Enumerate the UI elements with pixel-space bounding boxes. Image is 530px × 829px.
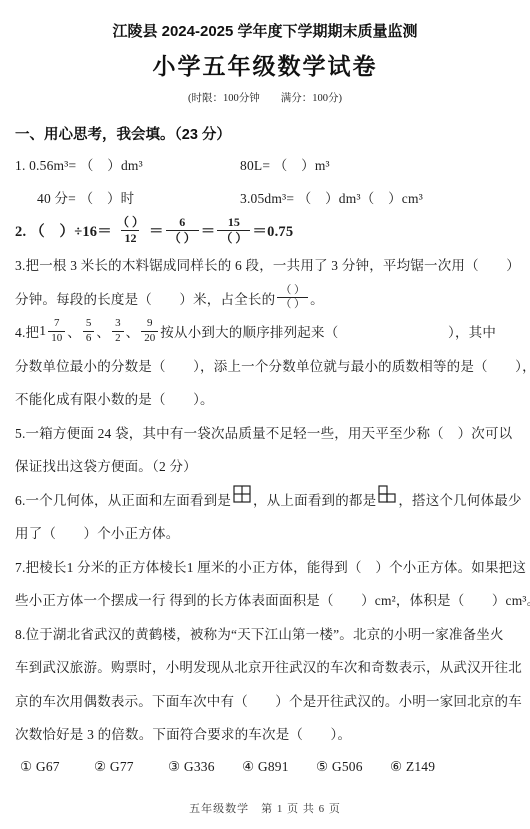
q4-fraction-1: 7 10 bbox=[48, 317, 65, 346]
question-7-line-1: 7.把棱长1 分米的正方体棱长1 厘米的小正方体，能得到（ ）个小正方体。如果把… bbox=[15, 549, 515, 583]
q4-mixed-whole: 1 bbox=[39, 323, 46, 339]
train-option-1: ① G67 bbox=[20, 759, 94, 775]
question-5-line-1: 5.一箱方便面 24 袋，其中有一袋次品质量不足轻一些，用天平至少称（ ）次可以 bbox=[15, 415, 515, 449]
question-7-line-2: 些小正方体一个摆成一行 得到的长方体表面面积是（ ）cm²，体积是（ ）cm³。 bbox=[15, 583, 515, 617]
exam-title: 江陵县 2024-2025 学年度下学期期末质量监测 bbox=[15, 20, 515, 41]
section-1-heading: 一、用心思考，我会填。（23 分） bbox=[15, 123, 515, 144]
q4-separator-3: 、 bbox=[126, 321, 140, 341]
q2-fraction-2: 6 （ ） bbox=[166, 215, 199, 246]
train-option-3: ③ G336 bbox=[168, 759, 242, 775]
question-1-row-1: 1. 0.56m³= （ ）dm³ 80L= （ ）m³ bbox=[15, 147, 515, 181]
paper-title: 小学五年级数学试卷 bbox=[15, 48, 515, 81]
q3-fraction: （ ） （ ） bbox=[277, 284, 308, 313]
question-2: 2. （ ）÷16＝ （ ） 12 ＝ 6 （ ） ＝ 15 （ ） ＝0.75 bbox=[15, 214, 515, 248]
train-option-6: ⑥ Z149 bbox=[390, 759, 464, 775]
q4-prefix: 4.把 bbox=[15, 321, 39, 341]
train-option-5: ⑤ G506 bbox=[316, 759, 390, 775]
q2-prefix: 2. （ ）÷16＝ bbox=[15, 220, 112, 241]
q6-text-1: 6.一个几何体，从正面和左面看到是 bbox=[15, 489, 231, 509]
question-8-line-4: 次数恰好是 3 的倍数。下面符合要求的车次是（ ）。 bbox=[15, 717, 515, 751]
q6-text-2: ，从上面看到的都是 bbox=[253, 489, 376, 509]
q4-separator-1: 、 bbox=[67, 321, 81, 341]
question-4-line-2: 分数单位最小的分数是（ ），添上一个分数单位就与最小的质数相等的是（ ）， bbox=[15, 348, 515, 382]
question-8-line-1: 8.位于湖北省武汉的黄鹤楼，被称为“天下江山第一楼”。北京的小明一家准备坐火 bbox=[15, 616, 515, 650]
q1-item-2: 80L= （ ）m³ bbox=[240, 154, 330, 174]
train-option-4: ④ G891 bbox=[242, 759, 316, 775]
exam-paper-page: 江陵县 2024-2025 学年度下学期期末质量监测 小学五年级数学试卷 (时限… bbox=[0, 0, 530, 829]
q1-item-1: 1. 0.56m³= （ ）dm³ bbox=[15, 154, 240, 174]
q4-suffix: 按从小到大的顺序排列起来（ ），其中 bbox=[160, 321, 496, 341]
q2-fraction-1: （ ） 12 bbox=[114, 215, 147, 246]
question-3-line-2: 分钟。每段的长度是（ ）米，占全长的 （ ） （ ） 。 bbox=[15, 281, 515, 315]
q4-fraction-3: 3 2 bbox=[112, 317, 124, 346]
q1-item-3: 40 分= （ ）时 bbox=[15, 187, 240, 207]
question-8-options: ① G67 ② G77 ③ G336 ④ G891 ⑤ G506 ⑥ Z149 bbox=[15, 750, 515, 784]
train-option-2: ② G77 bbox=[94, 759, 168, 775]
front-left-view-icon bbox=[233, 485, 251, 507]
q3-line2-text: 分钟。每段的长度是（ ）米，占全长的 bbox=[15, 288, 275, 308]
top-view-icon bbox=[378, 485, 396, 507]
exam-info: (时限：100分钟 满分：100分) bbox=[15, 90, 515, 105]
q2-equals-1: ＝ bbox=[149, 220, 164, 241]
question-5-line-2: 保证找出这袋方便面。（2 分） bbox=[15, 449, 515, 483]
question-8-line-2: 车到武汉旅游。购票时，小明发现从北京开往武汉的车次和奇数表示，从武汉开往北 bbox=[15, 650, 515, 684]
q2-equals-2: ＝ bbox=[201, 220, 216, 241]
question-6-line-2: 用了（ ）个小正方体。 bbox=[15, 516, 515, 550]
q2-fraction-3: 15 （ ） bbox=[217, 215, 250, 246]
question-4-line-1: 4.把 1 7 10 、 5 6 、 3 2 、 9 bbox=[15, 315, 515, 349]
q4-separator-2: 、 bbox=[96, 321, 110, 341]
page-content: 江陵县 2024-2025 学年度下学期期末质量监测 小学五年级数学试卷 (时限… bbox=[0, 0, 530, 784]
questions-body: 1. 0.56m³= （ ）dm³ 80L= （ ）m³ 40 分= （ ）时 … bbox=[15, 147, 515, 784]
q3-line2-period: 。 bbox=[310, 288, 324, 308]
q6-text-3: ，搭这个几何体最少 bbox=[398, 489, 521, 509]
page-footer: 五年级数学 第 1 页 共 6 页 bbox=[0, 800, 530, 816]
q4-fraction-4: 9 20 bbox=[141, 317, 158, 346]
q4-fraction-2: 5 6 bbox=[83, 317, 95, 346]
q2-suffix: ＝0.75 bbox=[252, 220, 293, 241]
question-8-line-3: 京的车次用偶数表示。下面车次中有（ ）个是开往武汉的。小明一家回北京的车 bbox=[15, 683, 515, 717]
question-3-line-1: 3.把一根 3 米长的木料锯成同样长的 6 段，一共用了 3 分钟，平均锯一次用… bbox=[15, 248, 515, 282]
question-1-row-2: 40 分= （ ）时 3.05dm³= （ ）dm³（ ）cm³ bbox=[15, 181, 515, 215]
question-4-line-3: 不能化成有限小数的是（ ）。 bbox=[15, 382, 515, 416]
q1-item-4: 3.05dm³= （ ）dm³（ ）cm³ bbox=[240, 187, 423, 207]
question-6-line-1: 6.一个几何体，从正面和左面看到是 ，从上面看到的都是 bbox=[15, 482, 515, 516]
